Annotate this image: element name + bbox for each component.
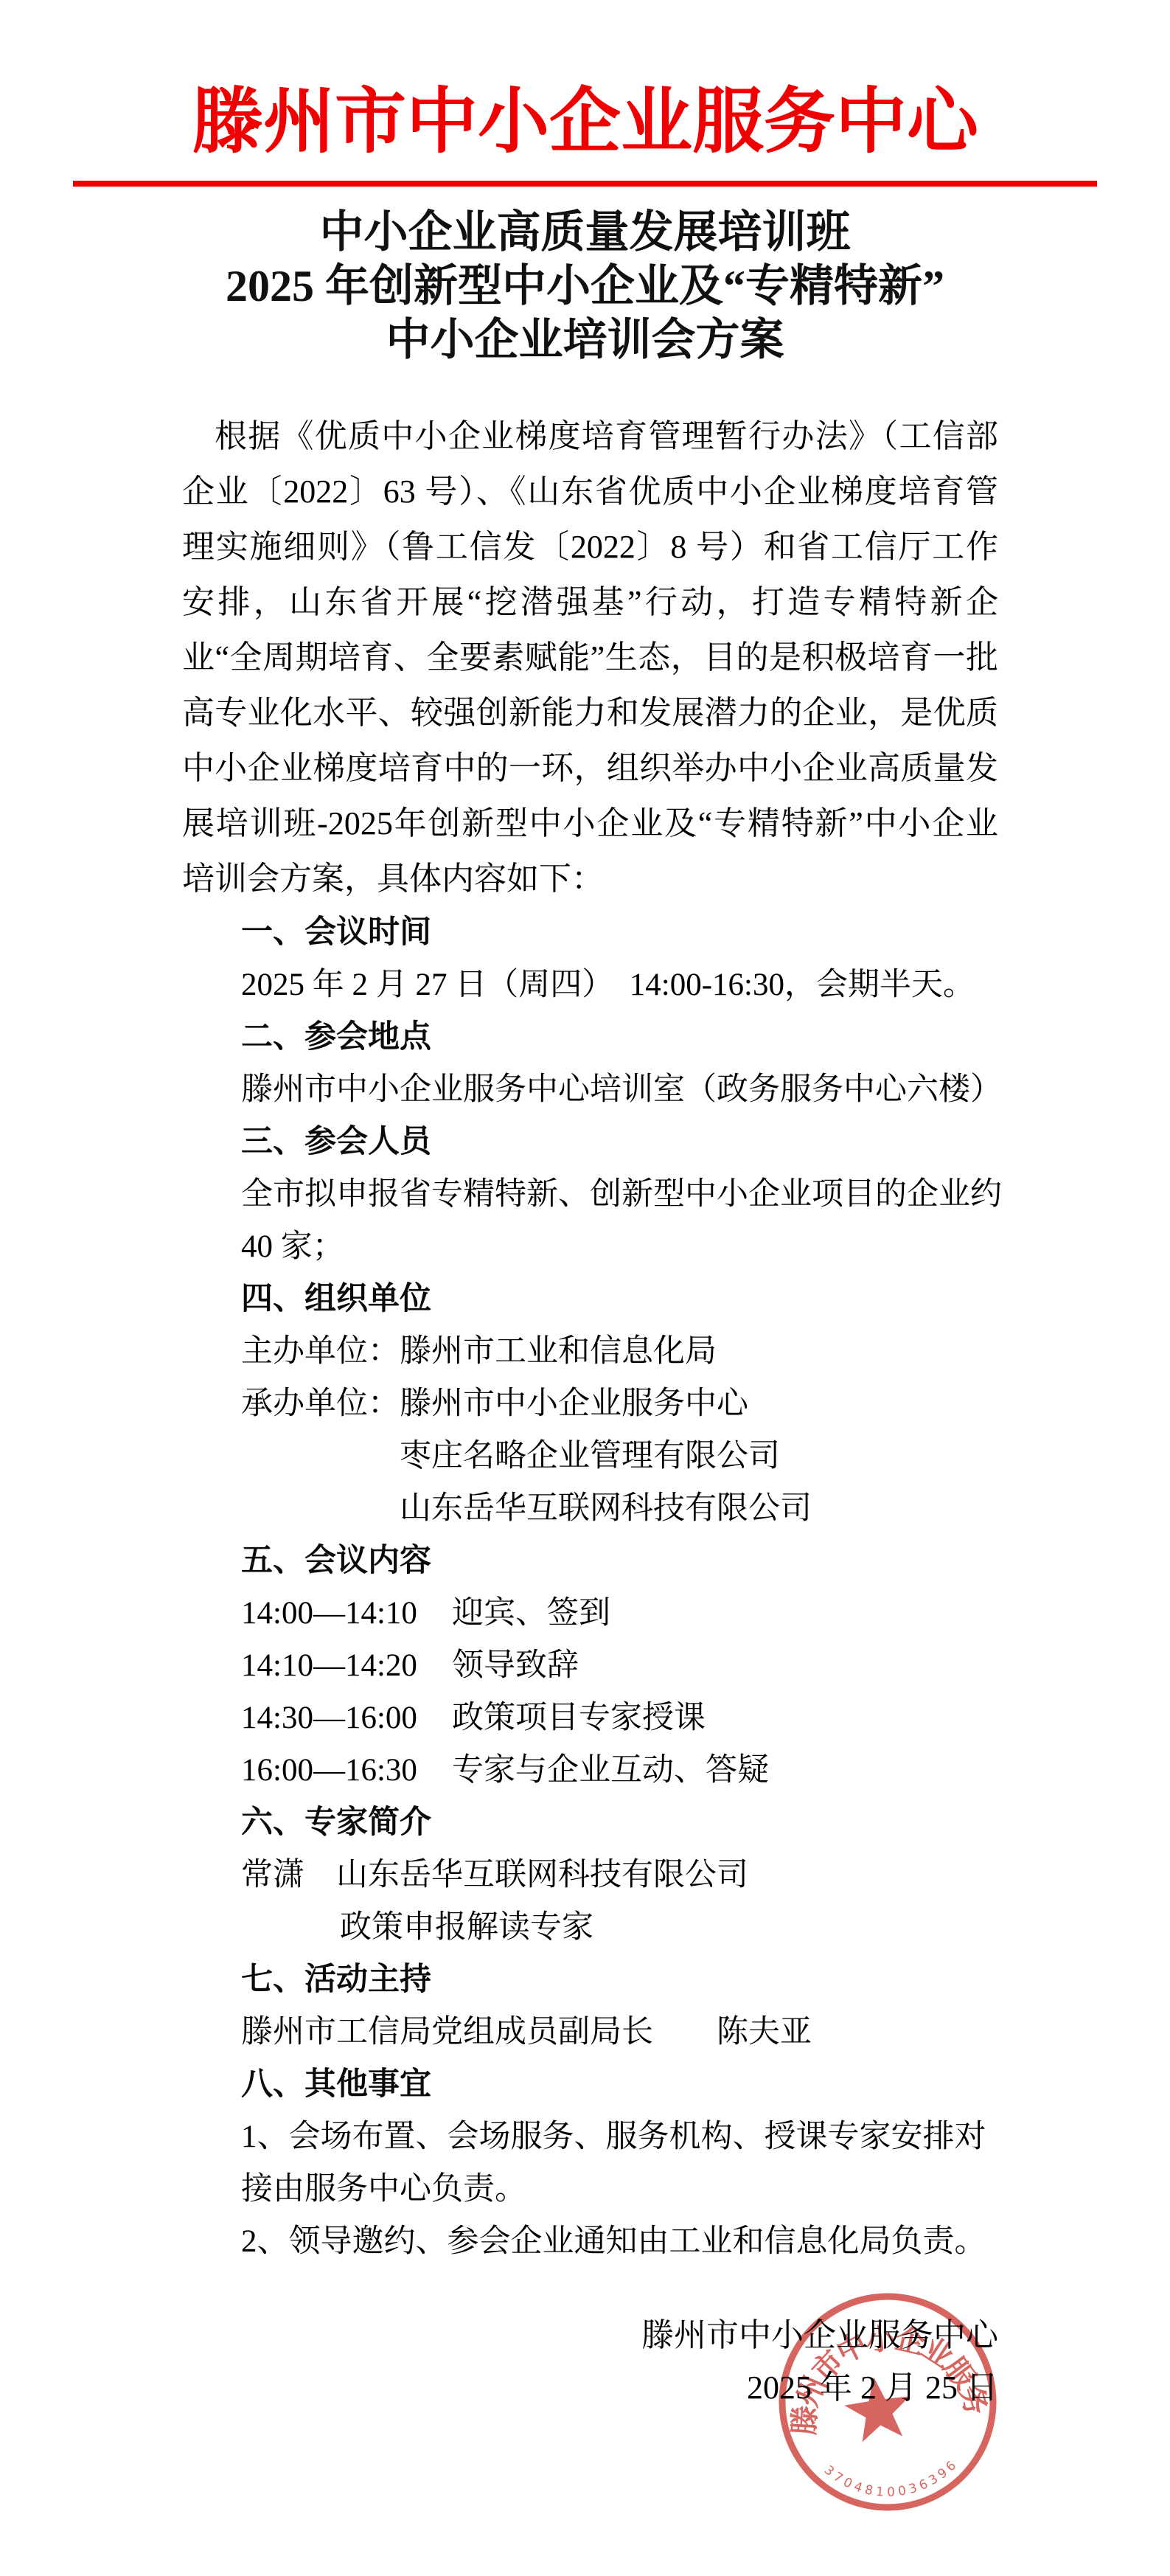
other-matters-item-2: 2、领导邀约、参会企业通知由工业和信息化局负责。 (241, 2215, 1009, 2268)
svg-text:3704810036396: 3704810036396 (820, 2445, 962, 2510)
meeting-location-text: 滕州市中小企业服务中心培训室（政务服务中心六楼） (241, 1063, 1009, 1116)
expert-title-line: 政策申报解读专家 (340, 1901, 1009, 1954)
section-5-heading: 五、会议内容 (241, 1535, 1009, 1587)
schedule-row: 14:00—14:10 迎宾、签到 (241, 1587, 1009, 1639)
section-6-heading: 六、专家简介 (241, 1796, 1009, 1849)
organizer-unit-line: 承办单位：滕州市中小企业服务中心 (241, 1378, 1009, 1430)
signature-date: 2025 年 2 月 25 日 (182, 2361, 998, 2414)
schedule-row: 14:30—16:00 政策项目专家授课 (241, 1692, 1009, 1744)
document-title-line-3: 中小企业培训会方案 (0, 313, 1170, 367)
schedule-row: 16:00—16:30 专家与企业互动、答疑 (241, 1744, 1009, 1796)
schedule-time: 14:10—14:20 (241, 1639, 452, 1692)
schedule-time: 14:00—14:10 (241, 1587, 452, 1639)
schedule-activity: 领导致辞 (452, 1639, 579, 1692)
letterhead-org-title: 滕州市中小企业服务中心 (0, 0, 1170, 164)
co-organizer-line: 枣庄名略企业管理有限公司 (400, 1430, 1009, 1482)
schedule-activity: 专家与企业互动、答疑 (452, 1744, 769, 1796)
section-list: 一、会议时间 2025 年 2 月 27 日（周四） 14:00-16:30，会… (241, 906, 1009, 2268)
schedule-activity: 政策项目专家授课 (452, 1692, 706, 1744)
signature-org: 滕州市中小企业服务中心 (182, 2309, 998, 2361)
document-body: 根据《优质中小企业梯度培育管理暂行办法》（工信部企业〔2022〕63 号）、《山… (182, 409, 998, 2414)
section-2-heading: 二、参会地点 (241, 1011, 1009, 1063)
schedule-activity: 迎宾、签到 (452, 1587, 610, 1639)
expert-name-line: 常潇 山东岳华互联网科技有限公司 (241, 1849, 1009, 1901)
seal-serial-number: 3704810036396 (820, 2445, 962, 2510)
host-unit-line: 主办单位：滕州市工业和信息化局 (241, 1325, 1009, 1378)
document-title-line-1: 中小企业高质量发展培训班 (0, 206, 1170, 260)
section-8-heading: 八、其他事宜 (241, 2058, 1009, 2111)
letterhead-divider-rule (73, 181, 1097, 187)
schedule-time: 16:00—16:30 (241, 1744, 452, 1796)
section-4-heading: 四、组织单位 (241, 1273, 1009, 1325)
section-1-heading: 一、会议时间 (241, 906, 1009, 959)
event-host-line: 滕州市工信局党组成员副局长 陈夫亚 (241, 2006, 1009, 2058)
other-matters-item-1: 1、会场布置、会场服务、服务机构、授课专家安排对 接由服务中心负责。 (241, 2111, 1009, 2215)
document-title-line-2: 2025 年创新型中小企业及“专精特新” (0, 260, 1170, 313)
attendees-text: 全市拟申报省专精特新、创新型中小企业项目的企业约 40 家； (241, 1168, 1009, 1273)
document-page: 滕州市中小企业服务中心 中小企业高质量发展培训班 2025 年创新型中小企业及“… (0, 0, 1170, 2576)
schedule-row: 14:10—14:20 领导致辞 (241, 1639, 1009, 1692)
meeting-time-text: 2025 年 2 月 27 日（周四） 14:00-16:30，会期半天。 (241, 959, 1009, 1011)
intro-paragraph: 根据《优质中小企业梯度培育管理暂行办法》（工信部企业〔2022〕63 号）、《山… (182, 409, 998, 906)
signature-block: 滕州市中小企业服务中心 2025 年 2 月 25 日 (182, 2309, 998, 2414)
schedule-time: 14:30—16:00 (241, 1692, 452, 1744)
section-7-heading: 七、活动主持 (241, 1954, 1009, 2006)
co-organizer-line: 山东岳华互联网科技有限公司 (400, 1482, 1009, 1535)
document-title: 中小企业高质量发展培训班 2025 年创新型中小企业及“专精特新” 中小企业培训… (0, 206, 1170, 367)
section-3-heading: 三、参会人员 (241, 1116, 1009, 1168)
